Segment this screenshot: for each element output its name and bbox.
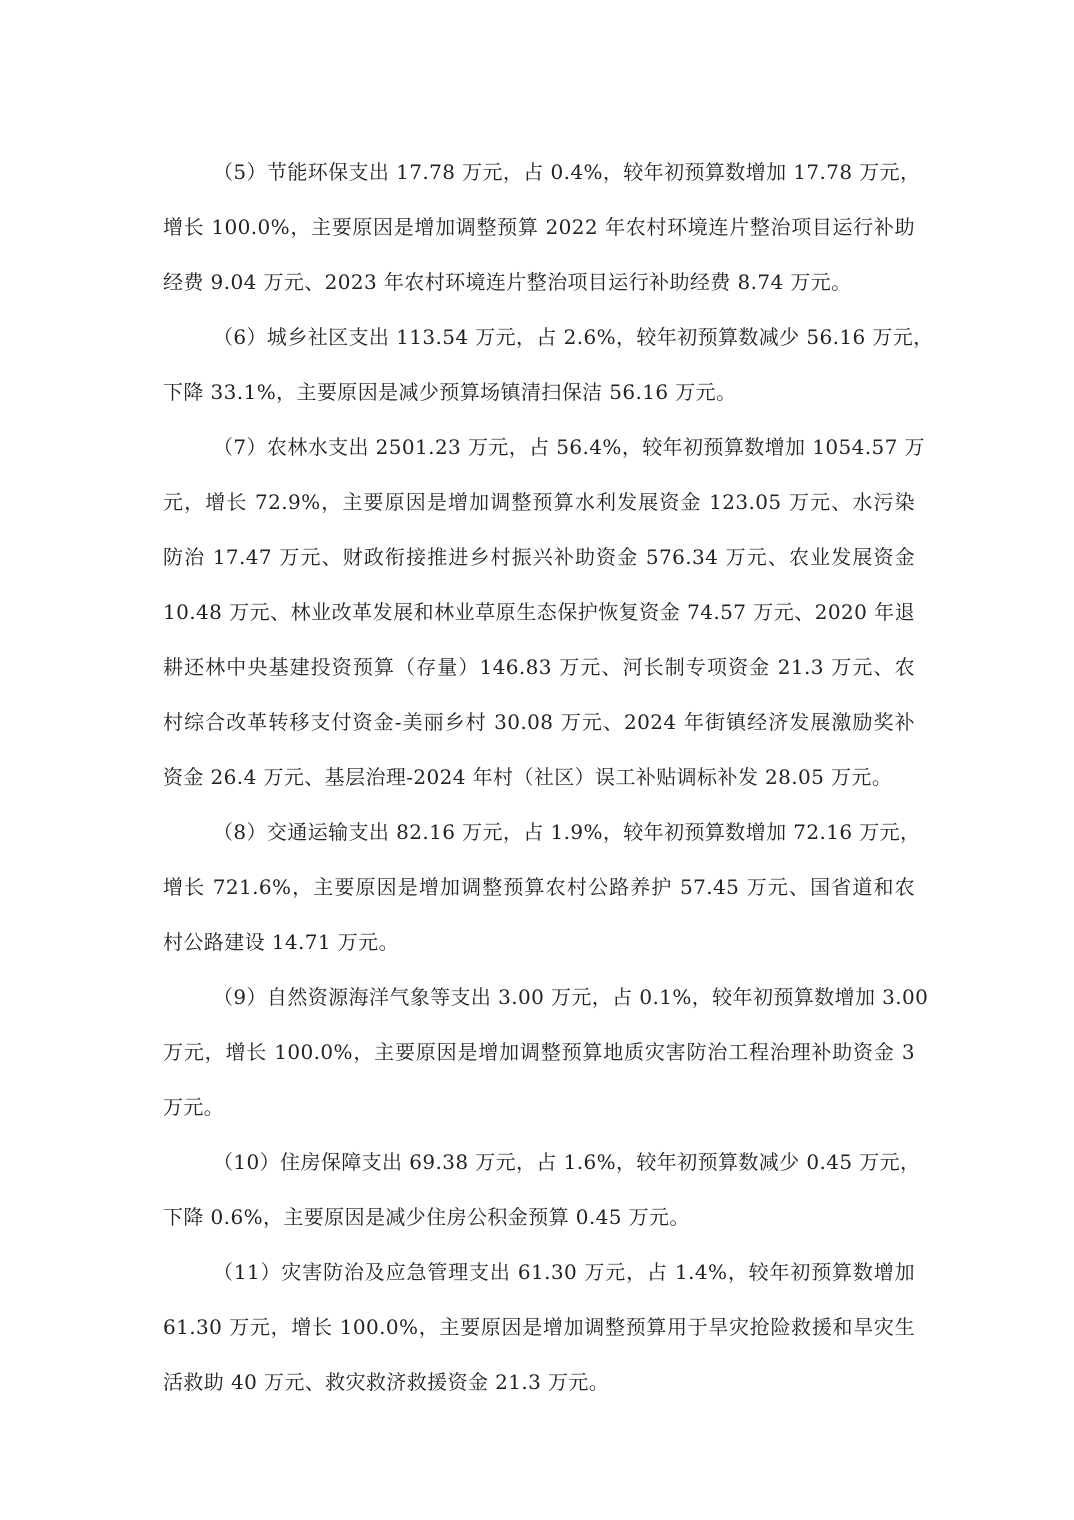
text-line: 经费 9.04 万元、2023 年农村环境连片整治项目运行补助经费 8.74 万… (163, 266, 915, 321)
paragraph-item-8: （8）交通运输支出 82.16 万元，占 1.9%，较年初预算数增加 72.16… (163, 816, 915, 981)
text-line: 防治 17.47 万元、财政衔接推进乡村振兴补助资金 576.34 万元、农业发… (163, 541, 915, 596)
paragraph-item-9: （9）自然资源海洋气象等支出 3.00 万元，占 0.1%，较年初预算数增加 3… (163, 981, 915, 1146)
text-line: 元，增长 72.9%，主要原因是增加调整预算水利发展资金 123.05 万元、水… (163, 486, 915, 541)
text-line: 下降 0.6%，主要原因是减少住房公积金预算 0.45 万元。 (163, 1201, 915, 1256)
paragraph-item-6: （6）城乡社区支出 113.54 万元，占 2.6%，较年初预算数减少 56.1… (163, 321, 915, 431)
text-line: 增长 100.0%，主要原因是增加调整预算 2022 年农村环境连片整治项目运行… (163, 211, 915, 266)
paragraph-item-5: （5）节能环保支出 17.78 万元，占 0.4%，较年初预算数增加 17.78… (163, 156, 915, 321)
text-line: 资金 26.4 万元、基层治理-2024 年村（社区）误工补贴调标补发 28.0… (163, 761, 915, 816)
text-line: （9）自然资源海洋气象等支出 3.00 万元，占 0.1%，较年初预算数增加 3… (163, 981, 915, 1036)
paragraph-item-10: （10）住房保障支出 69.38 万元，占 1.6%，较年初预算数减少 0.45… (163, 1146, 915, 1256)
text-line: （5）节能环保支出 17.78 万元，占 0.4%，较年初预算数增加 17.78… (163, 156, 915, 211)
text-line: 万元，增长 100.0%，主要原因是增加调整预算地质灾害防治工程治理补助资金 3 (163, 1036, 915, 1091)
document-page: （5）节能环保支出 17.78 万元，占 0.4%，较年初预算数增加 17.78… (0, 0, 1074, 1520)
document-body: （5）节能环保支出 17.78 万元，占 0.4%，较年初预算数增加 17.78… (163, 156, 915, 1421)
text-line: 增长 721.6%，主要原因是增加调整预算农村公路养护 57.45 万元、国省道… (163, 871, 915, 926)
text-line: （7）农林水支出 2501.23 万元，占 56.4%，较年初预算数增加 105… (163, 431, 915, 486)
paragraph-item-7: （7）农林水支出 2501.23 万元，占 56.4%，较年初预算数增加 105… (163, 431, 915, 816)
text-line: 耕还林中央基建投资预算（存量）146.83 万元、河长制专项资金 21.3 万元… (163, 651, 915, 706)
text-line: 下降 33.1%，主要原因是减少预算场镇清扫保洁 56.16 万元。 (163, 376, 915, 431)
text-line: 10.48 万元、林业改革发展和林业草原生态保护恢复资金 74.57 万元、20… (163, 596, 915, 651)
text-line: （10）住房保障支出 69.38 万元，占 1.6%，较年初预算数减少 0.45… (163, 1146, 915, 1201)
text-line: 活救助 40 万元、救灾救济救援资金 21.3 万元。 (163, 1366, 915, 1421)
text-line: （6）城乡社区支出 113.54 万元，占 2.6%，较年初预算数减少 56.1… (163, 321, 915, 376)
paragraph-item-11: （11）灾害防治及应急管理支出 61.30 万元，占 1.4%，较年初预算数增加… (163, 1256, 915, 1421)
text-line: 村公路建设 14.71 万元。 (163, 926, 915, 981)
text-line: （11）灾害防治及应急管理支出 61.30 万元，占 1.4%，较年初预算数增加 (163, 1256, 915, 1311)
text-line: 万元。 (163, 1091, 915, 1146)
text-line: 村综合改革转移支付资金-美丽乡村 30.08 万元、2024 年街镇经济发展激励… (163, 706, 915, 761)
text-line: （8）交通运输支出 82.16 万元，占 1.9%，较年初预算数增加 72.16… (163, 816, 915, 871)
text-line: 61.30 万元，增长 100.0%，主要原因是增加调整预算用于旱灾抢险救援和旱… (163, 1311, 915, 1366)
